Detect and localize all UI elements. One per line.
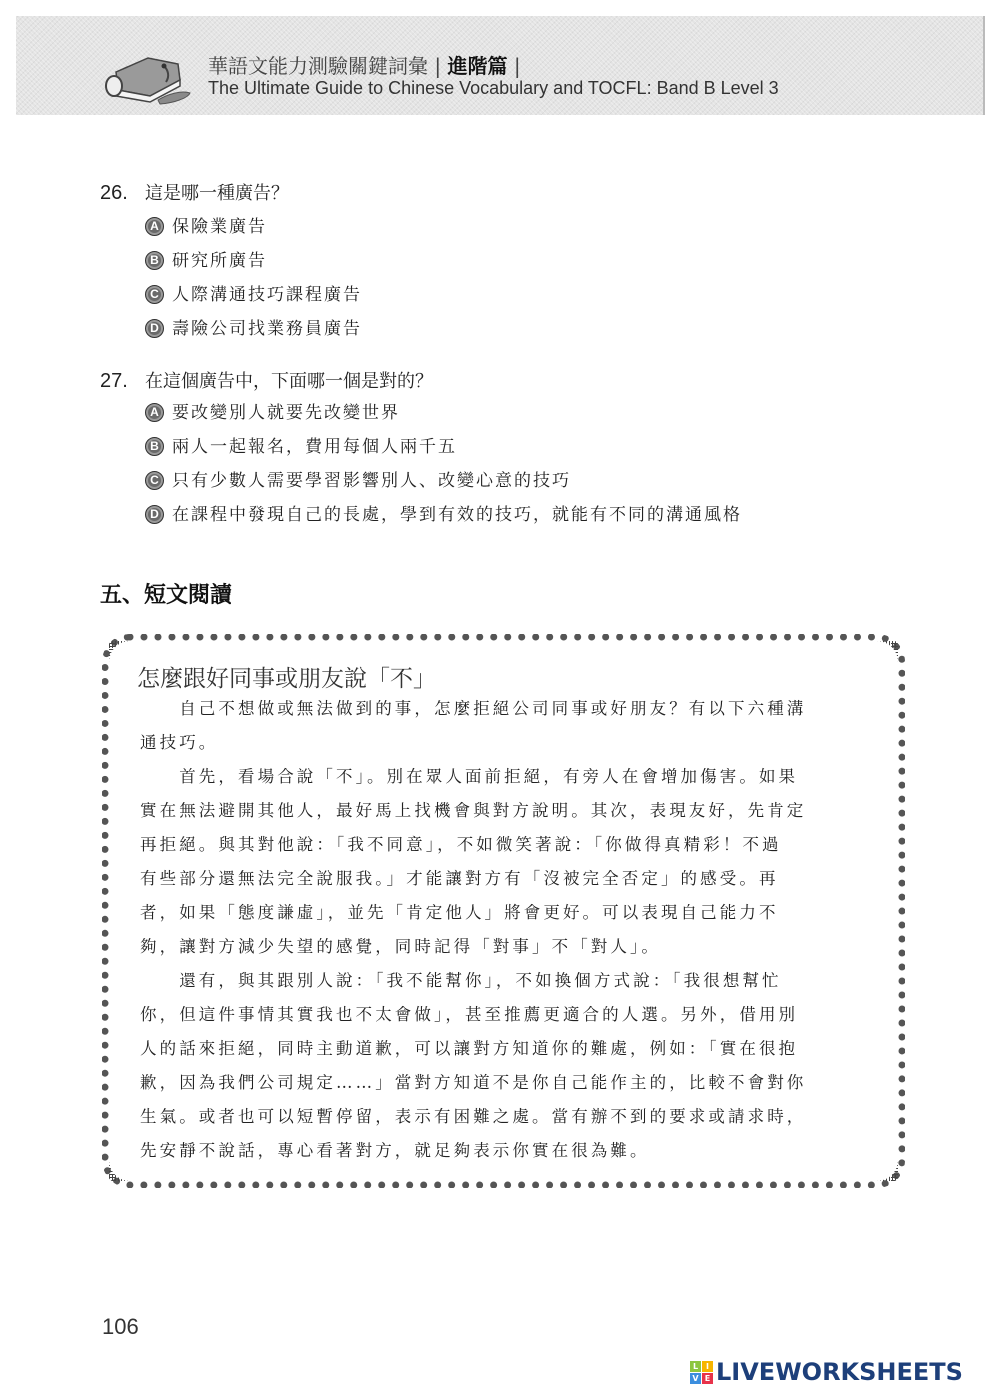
passage-line: 實在無法避開其他人，最好馬上找機會與對方說明。其次，表現友好，先肯定 xyxy=(140,799,806,823)
option-letter-a-icon: A xyxy=(145,217,164,236)
passage-line: 還有，與其跟別人說：「我不能幫你」，不如換個方式說：「我很想幫忙 xyxy=(140,969,782,993)
question-26: 26.這是哪一種廣告？ A保險業廣告 B研究所廣告 C人際溝通技巧課程廣告 D壽… xyxy=(100,181,289,205)
question-number: 27. xyxy=(100,369,145,393)
passage-line: 通技巧。 xyxy=(140,731,218,755)
option-text: 研究所廣告 xyxy=(172,251,267,271)
title-separator: | xyxy=(514,54,521,78)
passage-line: 夠，讓對方減少失望的感覺，同時記得「對事」不「對人」。 xyxy=(140,935,661,959)
option-b[interactable]: B研究所廣告 xyxy=(145,249,267,273)
passage-line: 再拒絕。與其對他說：「我不同意」，不如微笑著說：「你做得真精彩！不過 xyxy=(140,833,782,857)
liveworksheets-logo[interactable]: L I V E LIVEWORKSHEETS xyxy=(690,1358,963,1386)
block-v: V xyxy=(690,1373,701,1384)
book-title-main: 華語文能力測驗關鍵詞彙 xyxy=(208,54,428,78)
book-title-en: The Ultimate Guide to Chinese Vocabulary… xyxy=(208,78,779,99)
passage-line: 先安靜不說話，專心看著對方，就足夠表示你實在很為難。 xyxy=(140,1139,650,1163)
question-text: 在這個廣告中，下面哪一個是對的？ xyxy=(145,371,433,392)
option-a[interactable]: A要改變別人就要先改變世界 xyxy=(145,401,400,425)
page-number: 106 xyxy=(102,1314,139,1340)
block-e: E xyxy=(702,1373,713,1384)
passage-line: 自己不想做或無法做到的事，怎麼拒絕公司同事或好朋友？有以下六種溝 xyxy=(140,697,806,721)
block-i: I xyxy=(702,1361,713,1372)
option-text: 在課程中發現自己的長處，學到有效的技巧，就能有不同的溝通風格 xyxy=(172,505,742,525)
option-c[interactable]: C只有少數人需要學習影響別人、改變心意的技巧 xyxy=(145,469,571,493)
question-text: 這是哪一種廣告？ xyxy=(145,183,289,204)
live-blocks-icon: L I V E xyxy=(690,1361,713,1384)
section-title: 五、短文閱讀 xyxy=(100,578,232,609)
option-letter-b-icon: B xyxy=(145,251,164,270)
passage-line: 你，但這件事情其實我也不太會做」，甚至推薦更適合的人選。另外，借用別 xyxy=(140,1003,798,1027)
passage-line: 人的話來拒絕，同時主動道歉，可以讓對方知道你的難處，例如：「實在很抱 xyxy=(140,1037,798,1061)
option-letter-a-icon: A xyxy=(145,403,164,422)
block-l: L xyxy=(690,1361,701,1372)
title-separator: | xyxy=(434,54,441,78)
option-letter-c-icon: C xyxy=(145,285,164,304)
question-27: 27.在這個廣告中，下面哪一個是對的？ A要改變別人就要先改變世界 B兩人一起報… xyxy=(100,369,433,393)
question-stem: 26.這是哪一種廣告？ xyxy=(100,181,289,205)
question-stem: 27.在這個廣告中，下面哪一個是對的？ xyxy=(100,369,433,393)
option-text: 兩人一起報名，費用每個人兩千五 xyxy=(172,437,457,457)
passage-line: 歉，因為我們公司規定……」當對方知道不是你自己能作主的，比較不會對你 xyxy=(140,1071,806,1095)
option-text: 要改變別人就要先改變世界 xyxy=(172,403,400,423)
option-b[interactable]: B兩人一起報名，費用每個人兩千五 xyxy=(145,435,457,459)
reading-title: 怎麼跟好同事或朋友說「不」 xyxy=(137,660,436,693)
option-letter-d-icon: D xyxy=(145,505,164,524)
option-text: 只有少數人需要學習影響別人、改變心意的技巧 xyxy=(172,471,571,491)
book-level-label: 進階篇 xyxy=(447,54,507,78)
option-letter-d-icon: D xyxy=(145,319,164,338)
book-pen-icon xyxy=(98,50,194,106)
book-title-cn: 華語文能力測驗關鍵詞彙 | 進階篇 | xyxy=(208,50,521,79)
option-letter-c-icon: C xyxy=(145,471,164,490)
option-text: 人際溝通技巧課程廣告 xyxy=(172,285,362,305)
watermark-text: LIVEWORKSHEETS xyxy=(716,1358,963,1386)
passage-line: 有些部分還無法完全說服我。」才能讓對方有「沒被完全否定」的感受。再 xyxy=(140,867,779,891)
passage-line: 首先，看場合說「不」。別在眾人面前拒絕，有旁人在會增加傷害。如果 xyxy=(140,765,798,789)
passage-line: 生氣。或者也可以短暫停留，表示有困難之處。當有辦不到的要求或請求時， xyxy=(140,1105,806,1129)
option-d[interactable]: D壽險公司找業務員廣告 xyxy=(145,317,362,341)
option-text: 保險業廣告 xyxy=(172,217,267,237)
option-text: 壽險公司找業務員廣告 xyxy=(172,319,362,339)
question-number: 26. xyxy=(100,181,145,205)
passage-line: 者，如果「態度謙虛」，並先「肯定他人」將會更好。可以表現自己能力不 xyxy=(140,901,779,925)
option-letter-b-icon: B xyxy=(145,437,164,456)
option-c[interactable]: C人際溝通技巧課程廣告 xyxy=(145,283,362,307)
option-d[interactable]: D在課程中發現自己的長處，學到有效的技巧，就能有不同的溝通風格 xyxy=(145,503,742,527)
option-a[interactable]: A保險業廣告 xyxy=(145,215,267,239)
